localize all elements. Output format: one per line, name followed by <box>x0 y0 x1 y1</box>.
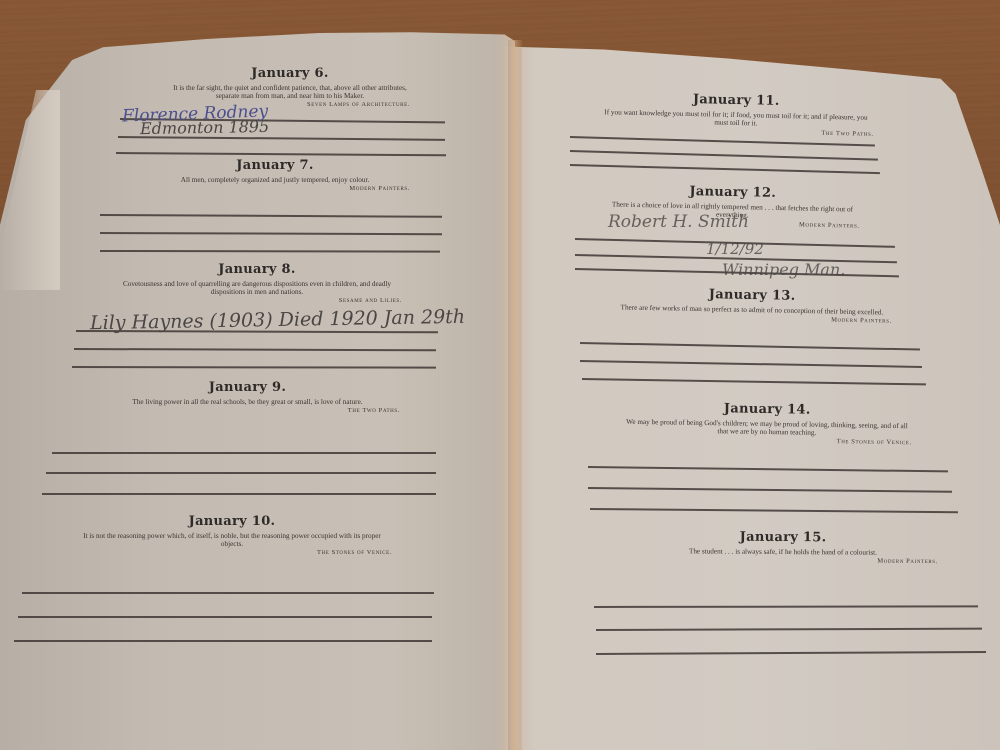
entry-quote: It is the far sight, the quiet and confi… <box>170 84 410 100</box>
handwritten-date: 1/12/92 <box>706 240 764 258</box>
entry-source: The Two Paths. <box>95 407 400 414</box>
entry-date: January 14. <box>622 400 912 420</box>
entry-january-11: January 11. If you want knowledge you mu… <box>598 90 875 138</box>
signature-line <box>14 640 432 642</box>
entry-date: January 6. <box>170 66 410 81</box>
entry-january-13: January 13. There are few works of man s… <box>612 285 893 324</box>
entry-january-6: January 6. It is the far sight, the quie… <box>170 66 410 108</box>
entry-date: January 15. <box>628 529 938 546</box>
entry-january-7: January 7. All men, completely organized… <box>140 158 410 192</box>
entry-date: January 8. <box>112 262 402 277</box>
entry-january-9: January 9. The living power in all the r… <box>95 380 400 414</box>
entry-quote: Covetousness and love of quarrelling are… <box>112 280 402 296</box>
signature-line <box>52 452 436 454</box>
entry-date: January 7. <box>140 158 410 173</box>
entry-quote: It is not the reasoning power which, of … <box>72 532 392 548</box>
entry-date: January 9. <box>95 380 400 395</box>
open-birthday-book: January 6. It is the far sight, the quie… <box>0 0 1000 750</box>
handwritten-name: Robert H. Smith <box>608 212 749 232</box>
entry-date: January 10. <box>72 514 392 529</box>
signature-line <box>22 592 434 594</box>
handwritten-place-year: Edmonton 1895 <box>140 117 270 138</box>
entry-january-8: January 8. Covetousness and love of quar… <box>112 262 402 304</box>
entry-quote: All men, completely organized and justly… <box>140 176 410 184</box>
entry-january-14: January 14. We may be proud of being God… <box>622 400 913 447</box>
handwritten-place: Winnipeg Man. <box>722 260 845 279</box>
entry-january-10: January 10. It is not the reasoning powe… <box>72 514 392 556</box>
entry-source: Sesame and Lilies. <box>112 297 402 304</box>
signature-line <box>42 493 436 495</box>
signature-line <box>18 616 432 618</box>
entry-january-15: January 15. The student . . . is always … <box>628 529 938 565</box>
entry-source: Modern Painters. <box>140 185 410 192</box>
book-gutter <box>508 40 522 750</box>
signature-line <box>46 472 436 474</box>
entry-quote: The living power in all the real schools… <box>95 398 400 406</box>
entry-source: The Stones of Venice. <box>72 549 392 556</box>
